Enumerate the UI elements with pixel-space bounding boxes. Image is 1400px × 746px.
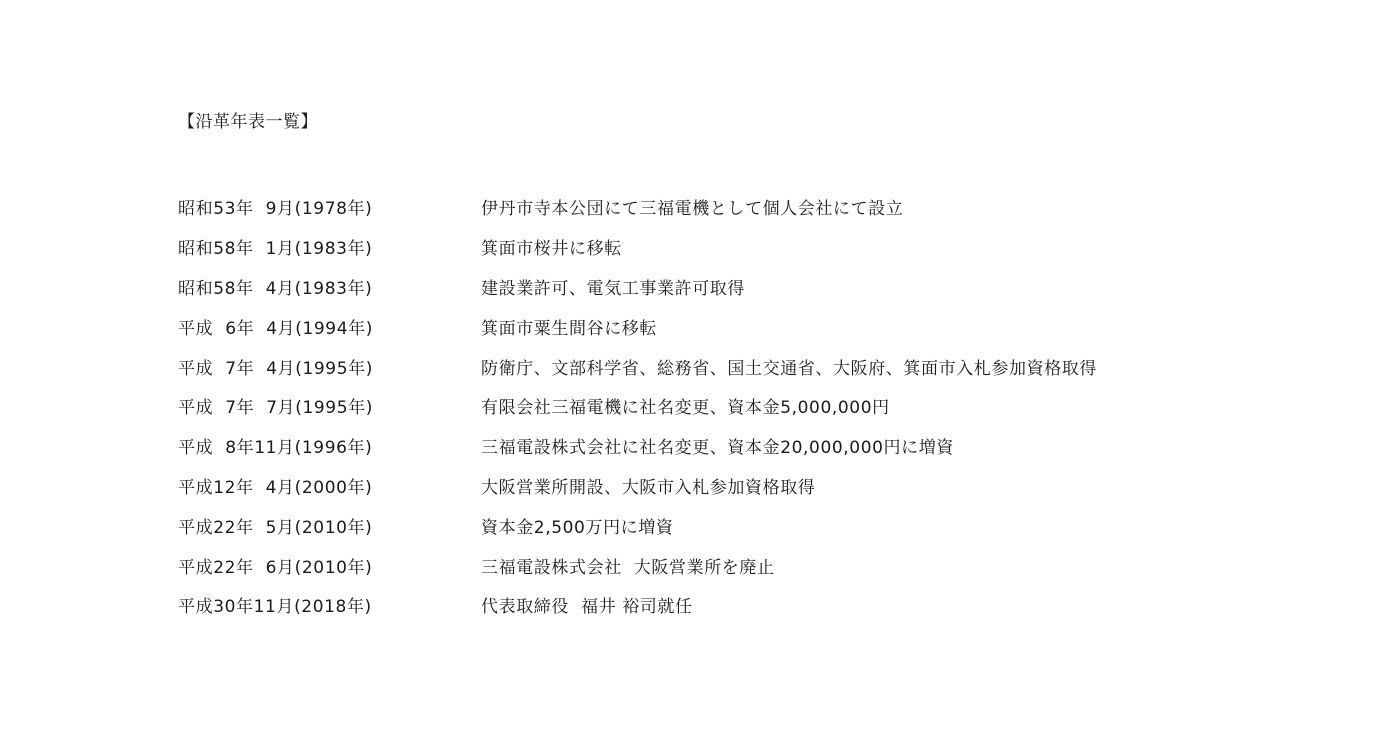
history-event: 代表取締役 福井 裕司就任 — [481, 592, 1278, 617]
history-row: 昭和53年 9月(1978年) 伊丹市寺本公団にて三福電機として個人会社にて設立 — [178, 187, 1278, 227]
history-row: 平成 7年 7月(1995年) 有限会社三福電機に社名変更、資本金5,000,0… — [178, 386, 1278, 426]
history-event: 有限会社三福電機に社名変更、資本金5,000,000円 — [481, 393, 1278, 418]
history-date: 昭和58年 4月(1983年) — [178, 274, 481, 299]
history-row: 平成 7年 4月(1995年) 防衛庁、文部科学省、総務省、国土交通省、大阪府、… — [178, 346, 1278, 386]
history-date: 平成 6年 4月(1994年) — [178, 314, 481, 339]
history-row: 平成 6年 4月(1994年) 箕面市粟生間谷に移転 — [178, 306, 1278, 346]
history-date: 平成22年 5月(2010年) — [178, 513, 481, 538]
history-row: 昭和58年 1月(1983年) 箕面市桜井に移転 — [178, 227, 1278, 267]
history-event: 大阪営業所開設、大阪市入札参加資格取得 — [481, 473, 1278, 498]
history-date: 平成 8年11月(1996年) — [178, 433, 481, 458]
history-row: 平成 8年11月(1996年) 三福電設株式会社に社名変更、資本金20,000,… — [178, 426, 1278, 466]
history-event: 箕面市粟生間谷に移転 — [481, 314, 1278, 339]
history-event: 三福電設株式会社 大阪営業所を廃止 — [481, 553, 1278, 578]
history-row: 平成22年 6月(2010年) 三福電設株式会社 大阪営業所を廃止 — [178, 545, 1278, 585]
history-date: 平成 7年 4月(1995年) — [178, 354, 481, 379]
history-date: 平成 7年 7月(1995年) — [178, 393, 481, 418]
history-event: 資本金2,500万円に増資 — [481, 513, 1278, 538]
history-event: 防衛庁、文部科学省、総務省、国土交通省、大阪府、箕面市入札参加資格取得 — [481, 354, 1278, 379]
history-row: 平成22年 5月(2010年) 資本金2,500万円に増資 — [178, 505, 1278, 545]
history-date: 平成22年 6月(2010年) — [178, 553, 481, 578]
history-event: 箕面市桜井に移転 — [481, 234, 1278, 259]
history-date: 昭和53年 9月(1978年) — [178, 194, 481, 219]
history-date: 昭和58年 1月(1983年) — [178, 234, 481, 259]
history-row: 平成12年 4月(2000年) 大阪営業所開設、大阪市入札参加資格取得 — [178, 466, 1278, 506]
history-date: 平成30年11月(2018年) — [178, 592, 481, 617]
history-table-title: 【沿革年表一覧】 — [178, 110, 318, 134]
history-row: 昭和58年 4月(1983年) 建設業許可、電気工事業許可取得 — [178, 267, 1278, 307]
history-row: 平成30年11月(2018年) 代表取締役 福井 裕司就任 — [178, 585, 1278, 625]
history-event: 伊丹市寺本公団にて三福電機として個人会社にて設立 — [481, 194, 1278, 219]
history-date: 平成12年 4月(2000年) — [178, 473, 481, 498]
history-event: 三福電設株式会社に社名変更、資本金20,000,000円に増資 — [481, 433, 1278, 458]
history-list: 昭和53年 9月(1978年) 伊丹市寺本公団にて三福電機として個人会社にて設立… — [178, 187, 1278, 625]
history-event: 建設業許可、電気工事業許可取得 — [481, 274, 1278, 299]
